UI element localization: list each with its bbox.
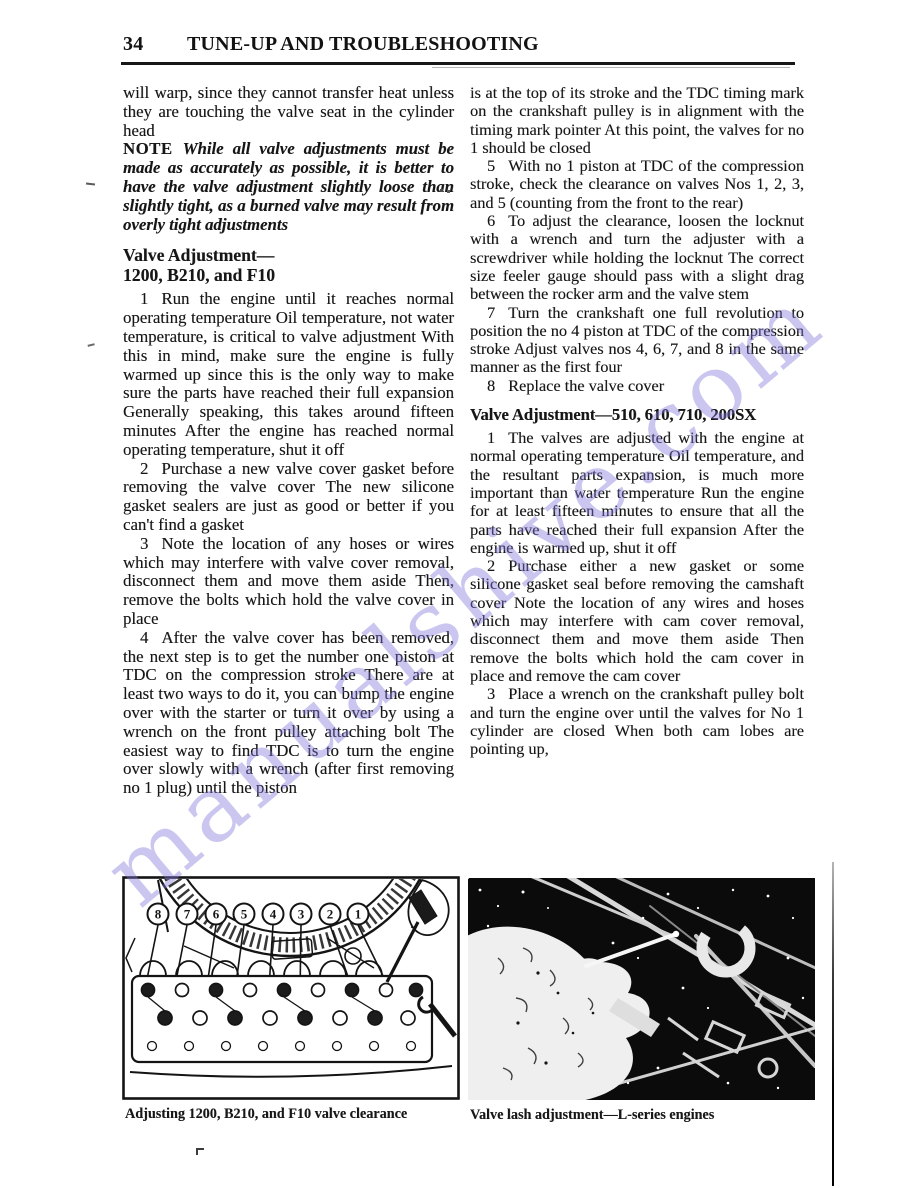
left-column: will warp, since they cannot transfer he… xyxy=(123,84,454,798)
header-rule xyxy=(121,62,795,65)
step-number: 6 xyxy=(487,211,508,230)
step-paragraph: 3Place a wrench on the crankshaft pulley… xyxy=(470,685,804,758)
section-heading-valve-adjustment-510: Valve Adjustment—510, 610, 710, 200SX xyxy=(470,405,804,425)
step-paragraph: 2Purchase a new valve cover gasket befor… xyxy=(123,460,454,535)
step-number: 1 xyxy=(140,289,161,308)
step-paragraph: 6To adjust the clearance, loosen the loc… xyxy=(470,212,804,303)
step-paragraph: 5With no 1 piston at TDC of the compress… xyxy=(470,157,804,212)
step-paragraph: 8Replace the valve cover xyxy=(470,377,804,395)
step-number: 5 xyxy=(487,156,508,175)
callout-6: 6 xyxy=(213,907,220,922)
scan-artifact xyxy=(196,1148,204,1155)
paragraph-intro-left: will warp, since they cannot transfer he… xyxy=(123,84,454,140)
figure-valve-clearance-drawing: 8 7 6 5 4 3 2 1 xyxy=(122,876,460,1100)
step-paragraph: 1The valves are adjusted with the engine… xyxy=(470,429,804,557)
step-text: To adjust the clearance, loosen the lock… xyxy=(470,211,804,303)
callout-2: 2 xyxy=(327,907,334,922)
step-text: Note the location of any hoses or wires … xyxy=(123,534,454,628)
heading-line: 1200, B210, and F10 xyxy=(123,265,454,285)
scan-artifact xyxy=(87,343,95,350)
paragraph-intro-right: is at the top of its stroke and the TDC … xyxy=(470,84,804,157)
figure-caption-right: Valve lash adjustment—L-series engines xyxy=(470,1107,815,1123)
step-text: Replace the valve cover xyxy=(508,376,664,395)
step-number: 8 xyxy=(487,376,508,395)
step-text: After the valve cover has been removed, … xyxy=(123,628,454,797)
step-paragraph: 4After the valve cover has been removed,… xyxy=(123,629,454,798)
step-number: 1 xyxy=(487,428,508,447)
section-heading-valve-adjustment-1200: Valve Adjustment— 1200, B210, and F10 xyxy=(123,245,454,285)
callout-3: 3 xyxy=(298,907,305,922)
scan-artifact xyxy=(86,182,95,185)
note-block: NOTEWhile all valve adjustments must be … xyxy=(123,140,454,234)
step-paragraph: 7Turn the crankshaft one full revolution… xyxy=(470,304,804,377)
valve-clearance-drawing: 8 7 6 5 4 3 2 1 xyxy=(122,876,460,1100)
step-text: The valves are adjusted with the engine … xyxy=(470,428,804,557)
step-number: 7 xyxy=(487,303,508,322)
callout-4: 4 xyxy=(270,907,277,922)
step-number: 3 xyxy=(140,534,161,553)
step-paragraph: 3Note the location of any hoses or wires… xyxy=(123,535,454,629)
step-text: Turn the crankshaft one full revolution … xyxy=(470,303,804,377)
step-paragraph: 1Run the engine until it reaches normal … xyxy=(123,290,454,459)
step-number: 4 xyxy=(140,628,161,647)
scan-artifact xyxy=(440,189,443,192)
step-text: With no 1 piston at TDC of the compressi… xyxy=(470,156,804,212)
step-text: Purchase a new valve cover gasket before… xyxy=(123,459,454,534)
right-column: is at the top of its stroke and the TDC … xyxy=(470,84,804,758)
step-number: 2 xyxy=(487,556,508,575)
page-header: 34 TUNE-UP AND TROUBLESHOOTING xyxy=(123,33,539,56)
header-rule-echo xyxy=(432,67,790,68)
heading-line: Valve Adjustment— xyxy=(123,245,454,265)
callout-5: 5 xyxy=(241,907,248,922)
figure-valve-lash-photo xyxy=(468,878,815,1100)
scan-edge-line xyxy=(832,862,834,1186)
valve-lash-photo xyxy=(468,878,815,1100)
step-text: Place a wrench on the crankshaft pulley … xyxy=(470,684,804,758)
step-number: 2 xyxy=(140,459,161,478)
step-paragraph: 2Purchase either a new gasket or some si… xyxy=(470,557,804,685)
step-text: Purchase either a new gasket or some sil… xyxy=(470,556,804,685)
step-number: 3 xyxy=(487,684,508,703)
callout-7: 7 xyxy=(184,907,191,922)
callout-8: 8 xyxy=(155,907,162,922)
step-text: Run the engine until it reaches normal o… xyxy=(123,289,454,458)
page-title: TUNE-UP AND TROUBLESHOOTING xyxy=(187,33,539,56)
callout-1: 1 xyxy=(355,907,362,922)
note-label: NOTE xyxy=(123,139,183,158)
page-number: 34 xyxy=(123,33,187,56)
figure-caption-left: Adjusting 1200, B210, and F10 valve clea… xyxy=(125,1106,460,1122)
